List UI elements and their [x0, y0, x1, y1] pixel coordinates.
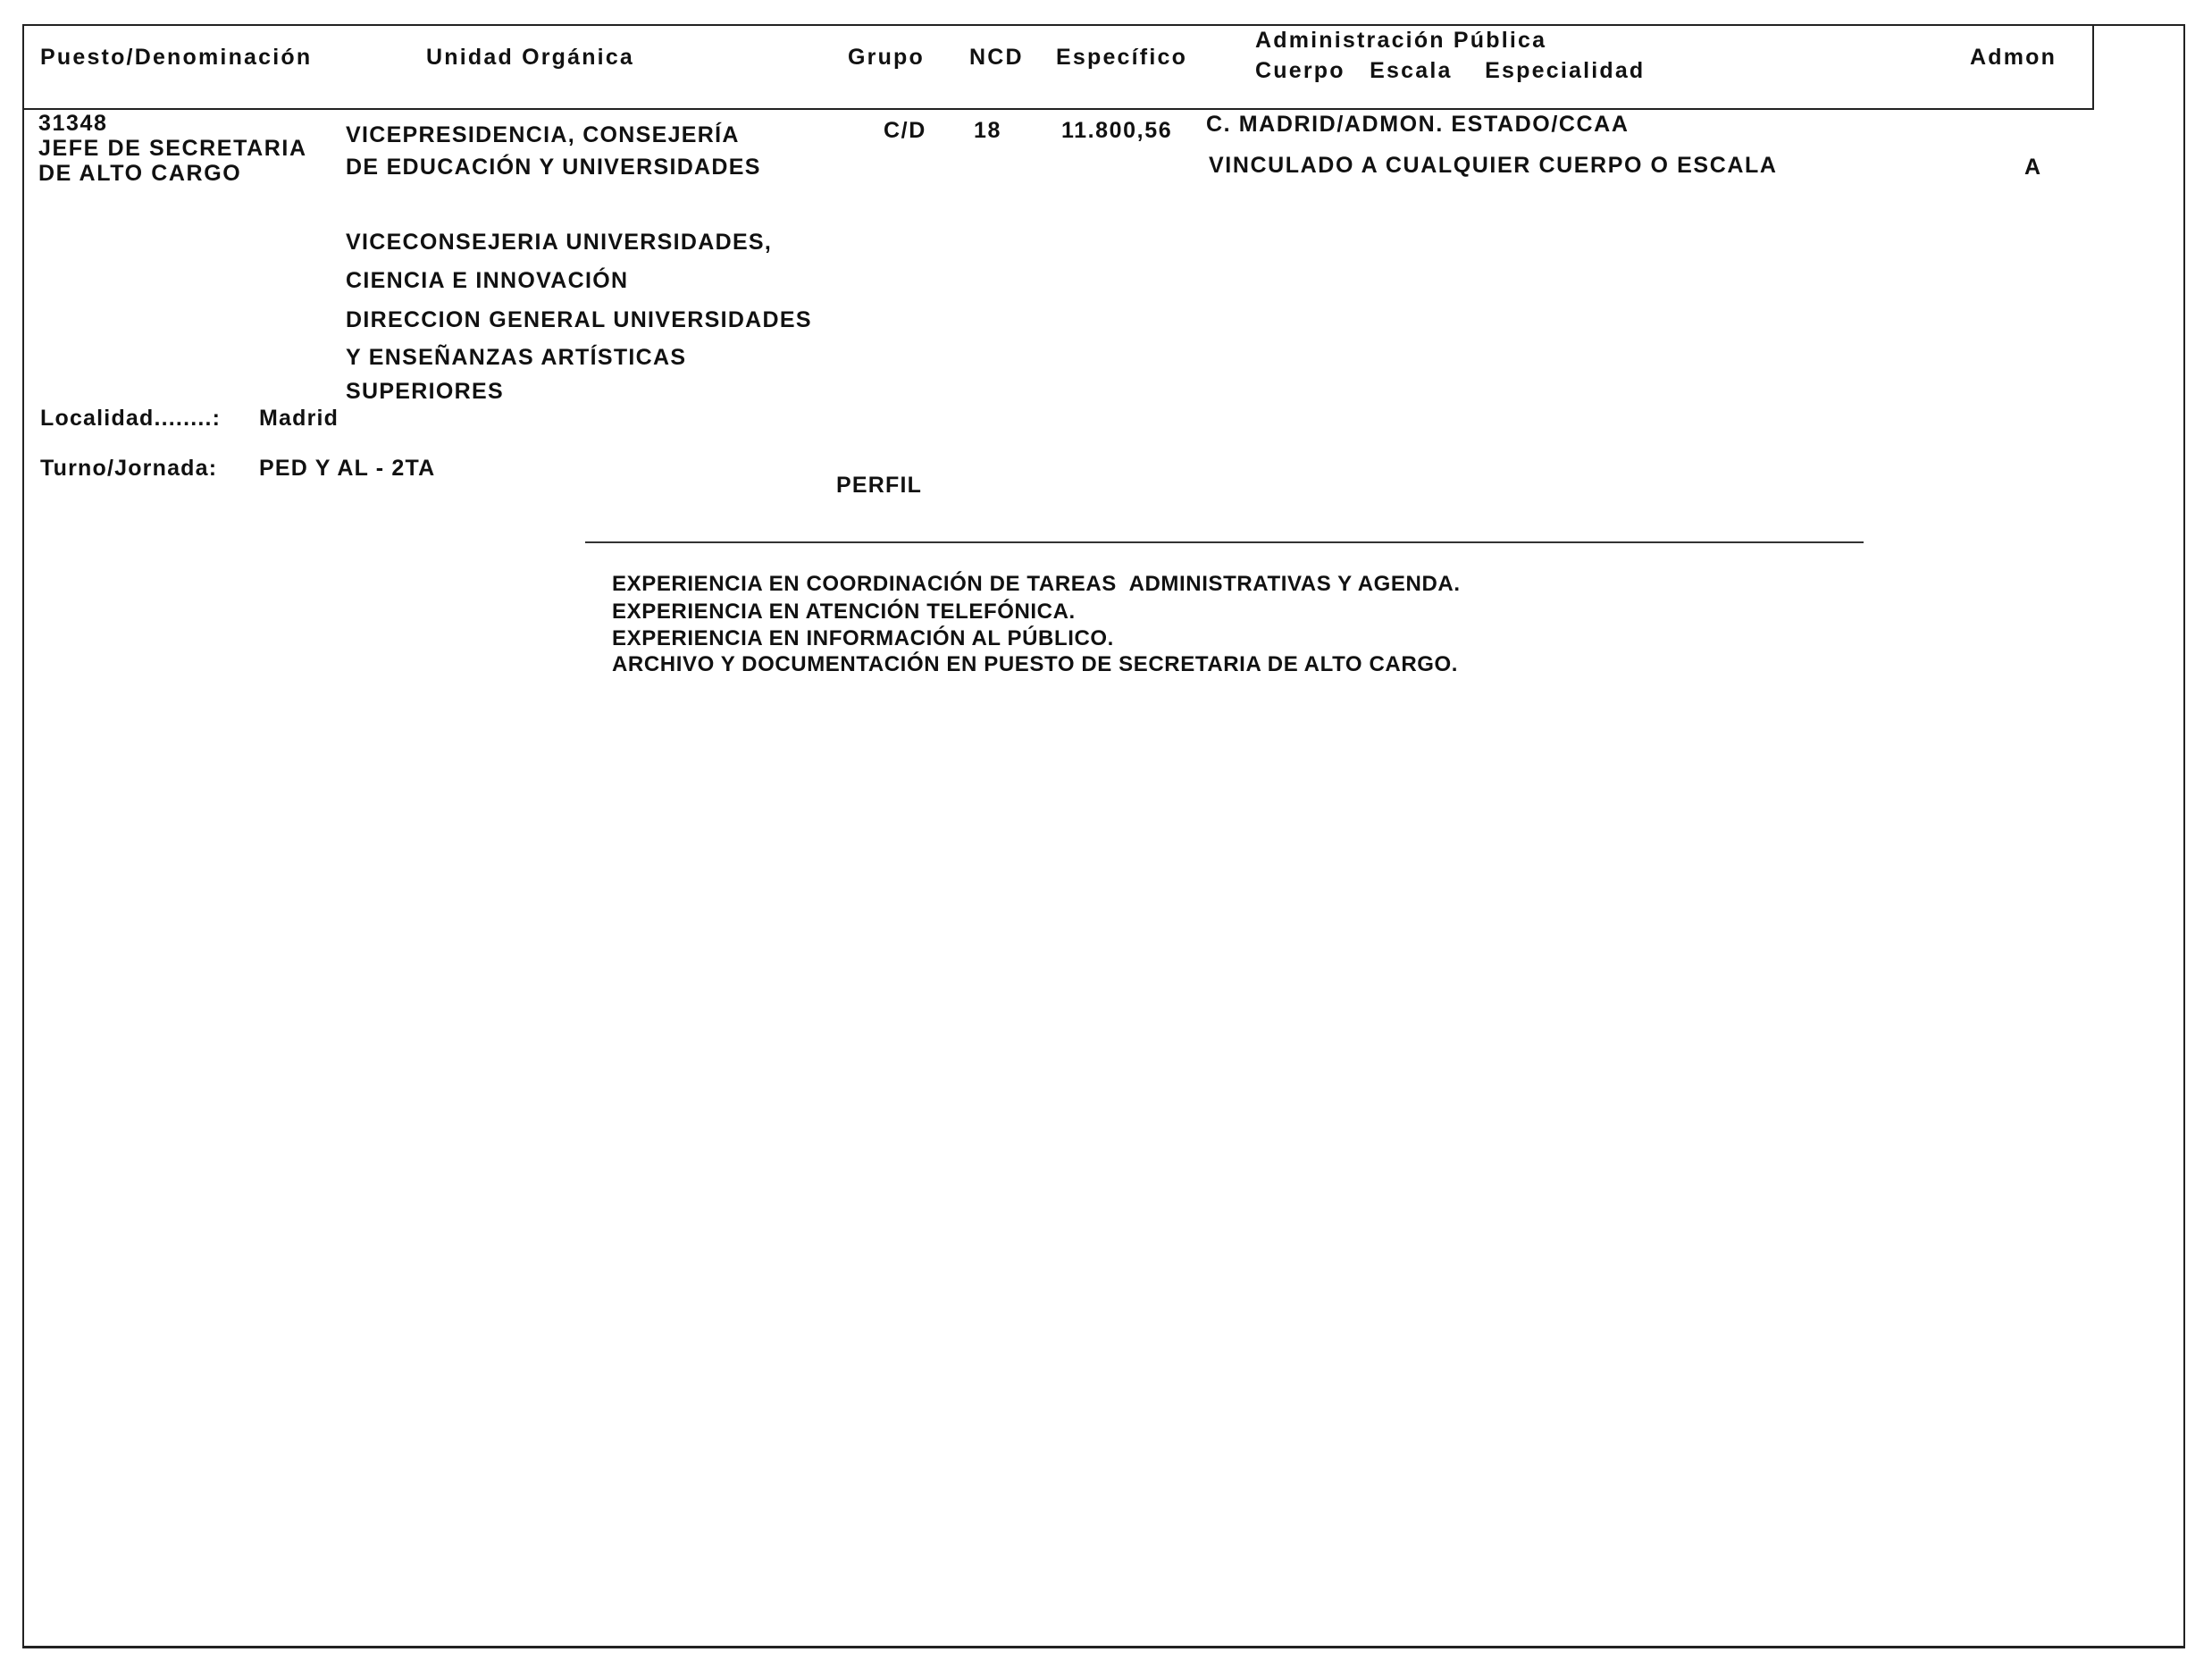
- record-administracion: C. MADRID/ADMON. ESTADO/CCAA: [1206, 113, 1630, 136]
- header-administracion: Administración Pública: [1255, 29, 1546, 52]
- perfil-line-2: EXPERIENCIA EN ATENCIÓN TELEFÓNICA.: [612, 601, 1076, 623]
- record-ncd: 18: [974, 120, 1001, 142]
- perfil-line-4: ARCHIVO Y DOCUMENTACIÓN EN PUESTO DE SEC…: [612, 654, 1458, 675]
- unidad-1-line-1: VICEPRESIDENCIA, CONSEJERÍA: [346, 124, 740, 147]
- turno-label: Turno/Jornada:: [40, 457, 217, 480]
- unidad-2-line-2: CIENCIA E INNOVACIÓN: [346, 270, 628, 292]
- unidad-1-line-2: DE EDUCACIÓN Y UNIVERSIDADES: [346, 156, 761, 179]
- perfil-title: PERFIL: [836, 474, 922, 497]
- header-unidad: Unidad Orgánica: [426, 46, 634, 69]
- unidad-2-line-1: VICECONSEJERIA UNIVERSIDADES,: [346, 231, 772, 254]
- header-puesto: Puesto/Denominación: [40, 46, 312, 69]
- header-ncd: NCD: [969, 46, 1024, 69]
- header-cuerpo-escala-especialidad: Cuerpo Escala Especialidad: [1255, 60, 1645, 82]
- record-grupo: C/D: [884, 120, 926, 142]
- record-denominacion-line-1: JEFE DE SECRETARIA: [38, 138, 307, 160]
- record-code: 31348: [38, 113, 108, 135]
- record-admon: A: [2024, 156, 2042, 179]
- perfil-line-3: EXPERIENCIA EN INFORMACIÓN AL PÚBLICO.: [612, 628, 1114, 650]
- header-admon: Admon: [1970, 46, 2057, 69]
- turno-value: PED Y AL - 2TA: [259, 457, 435, 480]
- unidad-3-line-3: SUPERIORES: [346, 381, 504, 403]
- localidad-value: Madrid: [259, 407, 339, 430]
- unidad-3-line-2: Y ENSEÑANZAS ARTÍSTICAS: [346, 347, 686, 369]
- record-especifico: 11.800,56: [1061, 120, 1172, 142]
- perfil-divider: [585, 541, 1864, 543]
- header-grupo: Grupo: [848, 46, 925, 69]
- record-denominacion-line-2: DE ALTO CARGO: [38, 163, 241, 185]
- header-especifico: Específico: [1056, 46, 1187, 69]
- unidad-3-line-1: DIRECCION GENERAL UNIVERSIDADES: [346, 309, 812, 331]
- record-cuerpo: VINCULADO A CUALQUIER CUERPO O ESCALA: [1209, 155, 1778, 177]
- localidad-label: Localidad........:: [40, 407, 221, 430]
- perfil-line-1: EXPERIENCIA EN COORDINACIÓN DE TAREAS AD…: [612, 574, 1461, 595]
